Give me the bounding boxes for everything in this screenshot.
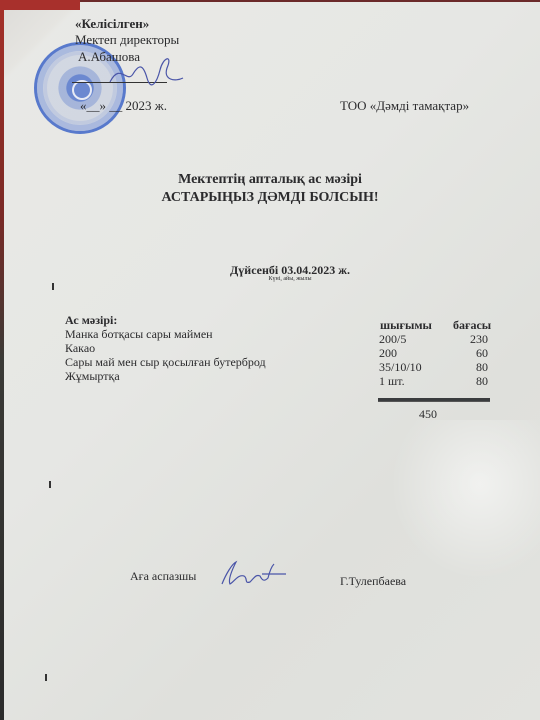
output-value: 1 шт. (379, 374, 422, 388)
menu-label: Ас мәзірі: (65, 313, 117, 328)
punch-mark (45, 674, 47, 681)
output-value: 200/5 (379, 332, 422, 346)
approved-label: «Келісілген» (75, 16, 149, 32)
chef-signature-icon (218, 560, 288, 588)
menu-items-list: Манка ботқасы сары маймен Какао Сары май… (65, 327, 266, 383)
total-divider (378, 398, 490, 402)
list-item: Манка ботқасы сары маймен (65, 327, 266, 341)
chef-label: Аға аспазшы (130, 569, 196, 584)
background-corner (0, 0, 80, 10)
price-column: 230 60 80 80 (462, 332, 488, 388)
column-header-output: шығымы (380, 318, 432, 333)
chef-name: Г.Тулепбаева (340, 574, 406, 589)
output-column: 200/5 200 35/10/10 1 шт. (379, 332, 422, 388)
total-value: 450 (419, 407, 437, 422)
company-name: ТОО «Дәмді тамақтар» (340, 98, 469, 114)
output-value: 35/10/10 (379, 360, 422, 374)
column-header-price: бағасы (453, 318, 491, 333)
punch-mark (49, 481, 51, 488)
menu-title: Мектептің апталық ас мәзірі (0, 172, 540, 188)
price-value: 230 (462, 332, 488, 346)
list-item: Какао (65, 341, 266, 355)
approval-date: «__» __ 2023 ж. (80, 98, 167, 114)
list-item: Сары май мен сыр қосылған бутерброд (65, 355, 266, 369)
list-item: Жұмыртқа (65, 369, 266, 383)
punch-mark (52, 283, 54, 290)
director-title: Мектеп директоры (75, 32, 179, 48)
price-value: 60 (462, 346, 488, 360)
day-sublabel: Күні, айы, жылы (0, 276, 540, 282)
price-value: 80 (462, 360, 488, 374)
output-value: 200 (379, 346, 422, 360)
director-signature-icon (105, 52, 185, 92)
light-glare (390, 420, 540, 580)
menu-slogan: АСТАРЫҢЫЗ ДӘМДІ БОЛСЫН! (0, 190, 540, 206)
price-value: 80 (462, 374, 488, 388)
